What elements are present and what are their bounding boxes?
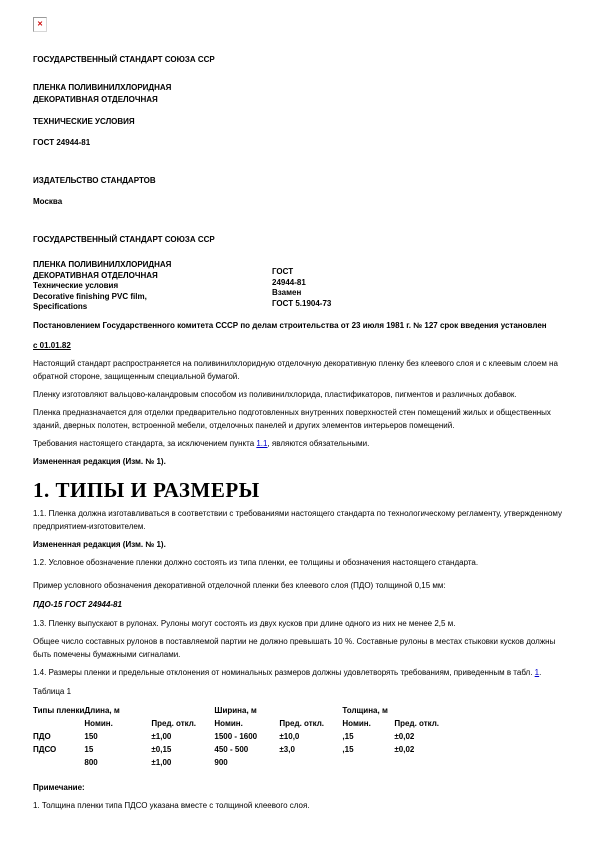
table-row: ПДСО 15 800 ±0,15 ±1,00 450 - 500 900 ±3… [33, 743, 456, 769]
section-1-heading: 1. ТИПЫ И РАЗМЕРЫ [33, 479, 565, 501]
note-1: 1. Толщина пленки типа ПДСО указана вмес… [33, 799, 565, 812]
table-subheader-len-deviation: Пред. откл. [151, 717, 214, 730]
code-gost-number: 24944-81 [272, 278, 331, 289]
amended-note-section1: Измененная редакция (Изм. № 1). [33, 538, 565, 551]
table-subheader-wid-nominal: Номин. [214, 717, 279, 730]
cell-thk-deviation: ±0,02 [394, 743, 456, 769]
header-org-line: ГОСУДАРСТВЕННЫЙ СТАНДАРТ СОЮЗА ССР [33, 55, 565, 64]
cell-len-nominal: 150 [84, 730, 151, 743]
clause-1-3-paragraph: 1.3. Пленку выпускают в рулонах. Рулоны … [33, 617, 565, 630]
cell-line: 15 [84, 743, 151, 756]
clause-1-4-text-post: . [539, 668, 541, 677]
effective-date-line: с 01.01.82 [33, 339, 565, 352]
table-header-type: Типы пленки [33, 704, 84, 730]
clause-1-2-paragraph: 1.2. Условное обозначение пленки должно … [33, 556, 565, 569]
city-line: Москва [33, 197, 565, 206]
sizes-table: Типы пленки Длина, м Ширина, м Толщина, … [33, 704, 456, 769]
purpose-paragraph: Пленка предназначается для отделки предв… [33, 406, 565, 432]
requirements-text-post: , являются обязательными. [267, 439, 369, 448]
cell-line: ±0,15 [151, 743, 214, 756]
scope-paragraph: Настоящий стандарт распространяется на п… [33, 357, 565, 383]
publisher-line: ИЗДАТЕЛЬСТВО СТАНДАРТОВ [33, 176, 565, 185]
table-subheader-wid-deviation: Пред. откл. [279, 717, 342, 730]
code-replaced-gost: ГОСТ 5.1904-73 [272, 299, 331, 310]
designation-example-intro: Пример условного обозначения декоративно… [33, 579, 565, 592]
cell-len-deviation: ±0,15 ±1,00 [151, 743, 214, 769]
clause-1-1-link[interactable]: 1.1 [256, 439, 267, 448]
production-paragraph: Пленку изготовляют вальцово-каландровым … [33, 388, 565, 401]
cell-wid-nominal: 450 - 500 900 [214, 743, 279, 769]
cell-wid-nominal: 1500 - 1600 [214, 730, 279, 743]
header-subtitle: ТЕХНИЧЕСКИЕ УСЛОВИЯ [33, 117, 565, 126]
cell-line: 800 [84, 756, 151, 769]
header-title-line1: ПЛЕНКА ПОЛИВИНИЛХЛОРИДНАЯ [33, 82, 565, 94]
table-subheader-len-nominal: Номин. [84, 717, 151, 730]
clause-1-3b-paragraph: Общее число составных рулонов в поставля… [33, 635, 565, 661]
note-label: Примечание: [33, 781, 565, 794]
cell-line: ±1,00 [151, 756, 214, 769]
clause-1-1-paragraph: 1.1. Пленка должна изготавливаться в соо… [33, 507, 565, 533]
title-block-right: ГОСТ 24944-81 Взамен ГОСТ 5.1904-73 [272, 267, 331, 313]
table-subheader-thk-nominal: Номин. [342, 717, 394, 730]
broken-image-icon[interactable]: ✕ [33, 17, 47, 32]
cell-len-deviation: ±1,00 [151, 730, 214, 743]
cell-line: 450 - 500 [214, 743, 279, 756]
title-block-name-ru-1: ПЛЕНКА ПОЛИВИНИЛХЛОРИДНАЯ [33, 260, 272, 271]
cell-type: ПДСО [33, 743, 84, 769]
title-block-name-type: Технические условия [33, 281, 272, 292]
cell-thk-nominal: ,15 [342, 730, 394, 743]
requirements-paragraph: Требования настоящего стандарта, за искл… [33, 437, 565, 450]
title-block-name-en-2: Specifications [33, 302, 272, 313]
clause-1-4-text-pre: 1.4. Размеры пленки и предельные отклоне… [33, 668, 535, 677]
clause-1-4-paragraph: 1.4. Размеры пленки и предельные отклоне… [33, 666, 565, 679]
title-block-left: ПЛЕНКА ПОЛИВИНИЛХЛОРИДНАЯ ДЕКОРАТИВНАЯ О… [33, 260, 272, 313]
table-row: ПДО 150 ±1,00 1500 - 1600 ±10,0 ,15 ±0,0… [33, 730, 456, 743]
title-block: ПЛЕНКА ПОЛИВИНИЛХЛОРИДНАЯ ДЕКОРАТИВНАЯ О… [33, 260, 565, 313]
requirements-text-pre: Требования настоящего стандарта, за искл… [33, 439, 256, 448]
effective-date-link[interactable]: с 01.01.82 [33, 341, 71, 350]
decree-paragraph: Постановлением Государственного комитета… [33, 319, 565, 332]
title-block-name-ru-2: ДЕКОРАТИВНАЯ ОТДЕЛОЧНАЯ [33, 271, 272, 282]
table-caption: Таблица 1 [33, 685, 565, 698]
table-subheader-thk-deviation: Пред. откл. [394, 717, 456, 730]
table-header-thickness: Толщина, м [342, 704, 456, 717]
title-block-org-line: ГОСУДАРСТВЕННЫЙ СТАНДАРТ СОЮЗА ССР [33, 235, 565, 244]
title-block-name-en-1: Decorative finishing PVC film, [33, 292, 272, 303]
broken-image-x-glyph: ✕ [37, 21, 43, 28]
code-gost-label: ГОСТ [272, 267, 331, 278]
code-replaces-label: Взамен [272, 288, 331, 299]
table-header-width: Ширина, м [214, 704, 342, 717]
designation-example: ПДО-15 ГОСТ 24944-81 [33, 598, 565, 611]
cell-wid-deviation: ±3,0 [279, 743, 342, 769]
table-sub-header-row: Номин. Пред. откл. Номин. Пред. откл. Но… [33, 717, 456, 730]
cell-wid-deviation: ±10,0 [279, 730, 342, 743]
amended-note-intro: Измененная редакция (Изм. № 1). [33, 455, 565, 468]
cell-len-nominal: 15 800 [84, 743, 151, 769]
table-header-length: Длина, м [84, 704, 214, 717]
header-title: ПЛЕНКА ПОЛИВИНИЛХЛОРИДНАЯ ДЕКОРАТИВНАЯ О… [33, 82, 565, 106]
header-title-line2: ДЕКОРАТИВНАЯ ОТДЕЛОЧНАЯ [33, 94, 565, 106]
cell-thk-deviation: ±0,02 [394, 730, 456, 743]
cell-thk-nominal: ,15 [342, 743, 394, 769]
cell-type: ПДО [33, 730, 84, 743]
document-page: ✕ ГОСУДАРСТВЕННЫЙ СТАНДАРТ СОЮЗА ССР ПЛЕ… [0, 0, 595, 812]
table-group-header-row: Типы пленки Длина, м Ширина, м Толщина, … [33, 704, 456, 717]
cell-line: 900 [214, 756, 279, 769]
header-gost-number: ГОСТ 24944-81 [33, 138, 565, 147]
